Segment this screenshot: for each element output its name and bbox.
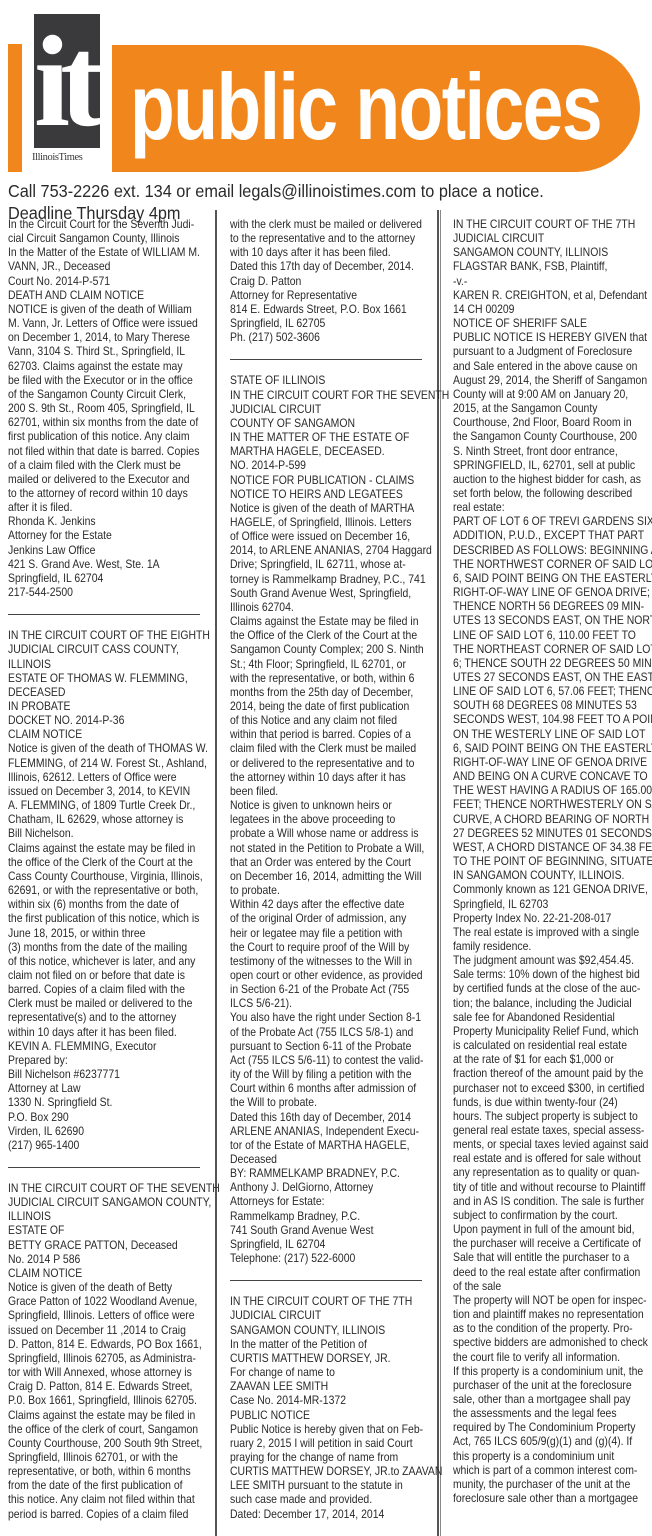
notice-line: on December 1, 2014, to Mary Therese xyxy=(8,331,184,345)
notice-line: torney is Rammelkamp Bradney, P.C., 741 xyxy=(230,573,406,587)
notice-line: ments, or special taxes levied against s… xyxy=(453,1138,629,1152)
notice-line: cial Circuit Sangamon County, Illinois xyxy=(8,232,184,246)
notice-line: Deceased xyxy=(230,1153,406,1167)
notice-line: the office of the Clerk of the Court at … xyxy=(8,856,184,870)
notice-line: In the Matter of the Estate of WILLIAM M… xyxy=(8,246,184,260)
notice-line: ZAAVAN LEE SMITH xyxy=(230,1380,406,1394)
notice-line: Act (755 ILCS 5/6-11) to contest the val… xyxy=(230,1054,406,1068)
notice-line: purchaser not to exceed $300, in certifi… xyxy=(453,1082,629,1096)
notice-line: Cass County Courthouse, Virginia, Illino… xyxy=(8,870,184,884)
notice-line: of this Notice and any claim not filed xyxy=(230,714,406,728)
notice-line: the Will to probate. xyxy=(230,1096,406,1110)
notice-line: Drive; Springfield, IL 62711, whose at- xyxy=(230,558,406,572)
notice-line: Court within 6 months after admission of xyxy=(230,1082,406,1096)
notice-line: PART OF LOT 6 OF TREVI GARDENS SIXTH xyxy=(453,515,629,529)
notice-line: JUDICIAL CIRCUIT SANGAMON COUNTY, xyxy=(8,1196,184,1210)
notice-line: Attorney for Representative xyxy=(230,289,406,303)
notice-line: Prepared by: xyxy=(8,1054,184,1068)
notice-line: P.O. Box 290 xyxy=(8,1111,184,1125)
notice-line: at the rate of $1 for each $1,000 or xyxy=(453,1053,629,1067)
notice-line: JUDICIAL CIRCUIT CASS COUNTY, xyxy=(8,643,184,657)
notice-line: within that period is barred. Copies of … xyxy=(230,728,406,742)
notice-line: THE WEST HAVING A RADIUS OF 165.00 xyxy=(453,784,629,798)
notice-line: set forth below, the following described xyxy=(453,487,629,501)
notice-line: the attorney within 10 days after it has xyxy=(230,771,406,785)
notice-line: THE NORTHEAST CORNER OF SAID LOT xyxy=(453,643,629,657)
notice-line: Notice is given to unknown heirs or xyxy=(230,799,406,813)
notice-line: St.; 4th Floor; Springfield, IL 62701, o… xyxy=(230,658,406,672)
notice-line: IN THE MATTER OF THE ESTATE OF xyxy=(230,431,406,445)
notice-line: 6, SAID POINT BEING ON THE EASTERLY xyxy=(453,742,629,756)
notice-line: period is barred. Copies of a claim file… xyxy=(8,1508,184,1522)
notice-line: tor with Will Annexed, whose attorney is xyxy=(8,1366,184,1380)
notice-line: AND BEING ON A CURVE CONCAVE TO xyxy=(453,770,629,784)
notice-line: IN THE CIRCUIT COURT FOR THE SEVENTH xyxy=(230,389,406,403)
notice-line: The judgment amount was $92,454.45. xyxy=(453,954,629,968)
notice-line: In the matter of the Petition of xyxy=(230,1338,406,1352)
notice-line: (3) months from the date of the mailing xyxy=(8,941,184,955)
notice-line: to probate. xyxy=(230,884,406,898)
notice-line: Springfield, IL 62703 xyxy=(453,898,629,912)
notice-line: IN PROBATE xyxy=(8,700,184,714)
notice-line: DEATH AND CLAIM NOTICE xyxy=(8,289,184,303)
notice-line: DESCRIBED AS FOLLOWS: BEGINNING AT xyxy=(453,544,629,558)
notice-line: Dated this 16th day of December, 2014 xyxy=(230,1111,406,1125)
notice-line: M. Vann, Jr. Letters of Office were issu… xyxy=(8,317,184,331)
notice-line: purchaser of the unit at the foreclosure xyxy=(453,1379,629,1393)
logo-name: IllinoisTimes xyxy=(32,152,82,163)
notice-line: Springfield, IL 62704 xyxy=(230,1238,406,1252)
notice-line: of a claim filed with the Clerk must be xyxy=(8,459,184,473)
page-title: public notices xyxy=(130,51,601,163)
notice-line: Springfield, Illinois. Letters of office… xyxy=(8,1309,184,1323)
notice-line: which is part of a common interest com- xyxy=(453,1464,629,1478)
notice-line: Chatham, IL 62629, whose attorney is xyxy=(8,813,184,827)
notice-separator xyxy=(8,614,200,615)
illinois-times-logo: it IllinoisTimes xyxy=(28,14,102,172)
notice-line: within 10 days after it has been filed. xyxy=(8,1026,184,1040)
notice-line: STATE OF ILLINOIS xyxy=(230,374,406,388)
notice-line: of this notice, whichever is later, and … xyxy=(8,955,184,969)
notice-line: Bill Nichelson #6237771 xyxy=(8,1068,184,1082)
accent-bar xyxy=(8,44,22,172)
notice-line: praying for the change of name from xyxy=(230,1451,406,1465)
notice-separator xyxy=(8,1167,200,1168)
notice-line: issued on December 11 ,2014 to Craig xyxy=(8,1324,184,1338)
notice-line: Vann, 3104 S. Third St., Springfield, IL xyxy=(8,345,184,359)
notice-line: THE NORTHWEST CORNER OF SAID LOT xyxy=(453,558,629,572)
notice-line: legatees in the above proceeding to xyxy=(230,813,406,827)
notice-line: real estate: xyxy=(453,501,629,515)
notice-line: Illinois, 62612. Letters of Office were xyxy=(8,771,184,785)
notice-line: tion; the balance, including the Judicia… xyxy=(453,997,629,1011)
notice-line: 2014, to ARLENE ANANIAS, 2704 Haggard xyxy=(230,544,406,558)
notice-line: mailed or delivered to the Executor and xyxy=(8,473,184,487)
notice-line: tion and plaintiff makes no representati… xyxy=(453,1308,629,1322)
notice-line: The property will NOT be open for inspec… xyxy=(453,1294,629,1308)
notice-line: ESTATE OF xyxy=(8,1224,184,1238)
notice-line: to the representative and to the attorne… xyxy=(230,232,406,246)
notice-line: ruary 2, 2015 I will petition in said Co… xyxy=(230,1437,406,1451)
notice-line: BY: RAMMELKAMP BRADNEY, P.C. xyxy=(230,1167,406,1181)
notice-line: PUBLIC NOTICE IS HEREBY GIVEN that xyxy=(453,331,629,345)
notice-line: SOUTH 68 DEGREES 08 MINUTES 53 xyxy=(453,699,629,713)
notice-line: 814 E. Edwards Street, P.O. Box 1661 xyxy=(230,303,406,317)
notice-line: CLAIM NOTICE xyxy=(8,1267,184,1281)
notice-line: Notice is given of the death of MARTHA xyxy=(230,502,406,516)
legal-notice: with the clerk must be mailed or deliver… xyxy=(230,218,426,345)
notice-line: Springfield, Illinois 62701, or with the xyxy=(8,1451,184,1465)
notice-line: BETTY GRACE PATTON, Deceased xyxy=(8,1239,184,1253)
notice-line: family residence. xyxy=(453,940,629,954)
notice-line: Dated: December 17, 2014, 2014 xyxy=(230,1508,406,1522)
notice-line: 62691, or with the representative or bot… xyxy=(8,884,184,898)
notice-line: D. Patton, 814 E. Edwards, PO Box 1661, xyxy=(8,1338,184,1352)
notice-line: Property Index No. 22-21-208-017 xyxy=(453,912,629,926)
notice-line: Sale terms: 10% down of the highest bid xyxy=(453,968,629,982)
notice-line: Sangamon County Complex; 200 S. Ninth xyxy=(230,643,406,657)
notice-line: JUDICIAL CIRCUIT xyxy=(230,1309,406,1323)
notice-line: deed to the real estate after confirmati… xyxy=(453,1266,629,1280)
notice-line: the Office of the Clerk of the Court at … xyxy=(230,629,406,643)
notice-line: Property Municipality Relief Fund, which xyxy=(453,1025,629,1039)
notice-line: RIGHT-OF-WAY LINE OF GENOA DRIVE xyxy=(453,756,629,770)
notice-line: August 29, 2014, the Sheriff of Sangamon xyxy=(453,374,629,388)
notice-line: Jenkins Law Office xyxy=(8,544,184,558)
notice-line: LINE OF SAID LOT 6, 57.06 FEET; THENCE xyxy=(453,685,629,699)
notice-line: that an Order was entered by the Court xyxy=(230,856,406,870)
notice-line: heir or legatee may file a petition with xyxy=(230,927,406,941)
notice-line: Rhonda K. Jenkins xyxy=(8,515,184,529)
title-banner: public notices xyxy=(112,45,640,172)
notice-line: ILLINOIS xyxy=(8,1210,184,1224)
notice-line: S. Ninth Street, front door entrance, xyxy=(453,445,629,459)
notice-line: as to the condition of the property. Pro… xyxy=(453,1322,629,1336)
notice-line: THENCE NORTH 56 DEGREES 09 MIN- xyxy=(453,600,629,614)
notice-line: IN THE CIRCUIT COURT OF THE SEVENTH xyxy=(8,1182,184,1196)
notice-line: 421 S. Grand Ave. West, Ste. 1A xyxy=(8,558,184,572)
notice-column-2: with the clerk must be mailed or deliver… xyxy=(230,218,426,1522)
notice-line: 14 CH 00209 xyxy=(453,303,629,317)
logo-letters: it xyxy=(34,16,100,148)
notice-line: first publication of this notice. Any cl… xyxy=(8,430,184,444)
notice-line: UTES 13 SECONDS EAST, ON THE NORTH xyxy=(453,614,629,628)
legal-notice: IN THE CIRCUIT COURT OF THE SEVENTHJUDIC… xyxy=(8,1182,204,1522)
notice-line: of the Probate Act (755 ILCS 5/8-1) and xyxy=(230,1026,406,1040)
notice-line: real estate and is offered for sale with… xyxy=(453,1152,629,1166)
notice-line: 2014, being the date of first publicatio… xyxy=(230,700,406,714)
notice-line: KEVIN A. FLEMMING, Executor xyxy=(8,1040,184,1054)
notice-line: DOCKET NO. 2014-P-36 xyxy=(8,714,184,728)
notice-line: Ph. (217) 502-3606 xyxy=(230,331,406,345)
notice-line: this property is a condominium unit xyxy=(453,1450,629,1464)
notice-line: Anthony J. DelGiorno, Attorney xyxy=(230,1181,406,1195)
notice-line: been filed. xyxy=(230,785,406,799)
notice-line: the court file to verify all information… xyxy=(453,1351,629,1365)
notice-line: Springfield, IL 62704 xyxy=(8,572,184,586)
notice-separator xyxy=(230,1280,422,1281)
notice-line: ADDITION, P.U.D., EXCEPT THAT PART xyxy=(453,529,629,543)
notice-line: MARTHA HAGELE, DECEASED. xyxy=(230,445,406,459)
notice-line: within six (6) months from the date of xyxy=(8,898,184,912)
notice-line: For change of name to xyxy=(230,1366,406,1380)
notice-line: Illinois 62704. xyxy=(230,601,406,615)
notice-line: Courthouse, 2nd Floor, Board Room in xyxy=(453,416,629,430)
notice-line: in Section 6-21 of the Probate Act (755 xyxy=(230,983,406,997)
notice-line: 62701, within six months from the date o… xyxy=(8,416,184,430)
notice-line: subject to confirmation by the court. xyxy=(453,1209,629,1223)
notice-line: SANGAMON COUNTY, ILLINOIS xyxy=(453,246,629,260)
notice-line: the purchaser will receive a Certificate… xyxy=(453,1237,629,1251)
notice-line: of the Sangamon County Circuit Clerk, xyxy=(8,388,184,402)
notice-line: ity of the Will by filing a petition wit… xyxy=(230,1068,406,1082)
notice-line: 62703. Claims against the estate may xyxy=(8,360,184,374)
notice-line: 2015, at the Sangamon County xyxy=(453,402,629,416)
masthead: it IllinoisTimes public notices xyxy=(0,0,652,180)
notice-line: PUBLIC NOTICE xyxy=(230,1409,406,1423)
notice-line: TO THE POINT OF BEGINNING, SITUATED xyxy=(453,855,629,869)
notice-line: CLAIM NOTICE xyxy=(8,728,184,742)
notice-line: FLEMMING, of 214 W. Forest St., Ashland, xyxy=(8,757,184,771)
column-divider-inner xyxy=(440,210,441,1536)
notice-line: June 18, 2015, or within three xyxy=(8,927,184,941)
notice-line: Clerk must be mailed or delivered to the xyxy=(8,997,184,1011)
notice-line: Sale that will entitle the purchaser to … xyxy=(453,1251,629,1265)
notice-line: Claims against the Estate may be filed i… xyxy=(230,615,406,629)
notice-line: testimony of the witnesses to the Will i… xyxy=(230,955,406,969)
notice-line: Claims against the estate may be filed i… xyxy=(8,1409,184,1423)
notice-line: Upon payment in full of the amount bid, xyxy=(453,1223,629,1237)
notice-line: fraction thereof of the amount paid by t… xyxy=(453,1067,629,1081)
notice-line: UTES 27 SECONDS EAST, ON THE EAST xyxy=(453,671,629,685)
notice-line: 6; THENCE SOUTH 22 DEGREES 50 MIN- xyxy=(453,657,629,671)
notice-line: after it is filed. xyxy=(8,501,184,515)
notice-line: 27 DEGREES 52 MINUTES 01 SECONDS xyxy=(453,827,629,841)
notice-line: foreclosure sale other than a mortgagee xyxy=(453,1492,629,1506)
notice-line: If this property is a condominium unit, … xyxy=(453,1365,629,1379)
legal-notice: IN THE CIRCUIT COURT OF THE 7THJUDICIAL … xyxy=(453,218,649,1506)
notice-line: County will at 9:00 AM on January 20, xyxy=(453,388,629,402)
notice-line: CURTIS MATTHEW DORSEY, JR. xyxy=(230,1352,406,1366)
notice-line: NOTICE OF SHERIFF SALE xyxy=(453,317,629,331)
notice-line: of Office were issued on December 16, xyxy=(230,530,406,544)
notice-line: Claims against the estate may be filed i… xyxy=(8,842,184,856)
notice-line: 217-544-2500 xyxy=(8,586,184,600)
notice-line: WEST, A CHORD DISTANCE OF 34.38 FEET xyxy=(453,841,629,855)
notice-line: sale, other than a mortgagee shall pay xyxy=(453,1393,629,1407)
notice-line: Notice is given of the death of Betty xyxy=(8,1281,184,1295)
notice-line: HAGELE, of Springfield, Illinois. Letter… xyxy=(230,516,406,530)
notice-line: Attorney at Law xyxy=(8,1082,184,1096)
notice-line: the office of the clerk of court, Sangam… xyxy=(8,1423,184,1437)
notice-line: DECEASED xyxy=(8,686,184,700)
notice-line: probate a Will whose name or address is xyxy=(230,827,406,841)
notice-line: 6, SAID POINT BEING ON THE EASTERLY xyxy=(453,572,629,586)
notice-line: Public Notice is hereby given that on Fe… xyxy=(230,1423,406,1437)
notice-line: -v.- xyxy=(453,275,629,289)
notice-line: CURVE, A CHORD BEARING OF NORTH xyxy=(453,813,629,827)
notice-line: CURTIS MATTHEW DORSEY, JR.to ZAAVAN xyxy=(230,1465,406,1479)
notice-line: and Sale entered in the above cause on xyxy=(453,360,629,374)
notice-line: You also have the right under Section 8-… xyxy=(230,1011,406,1025)
notice-line: JUDICIAL CIRCUIT xyxy=(230,403,406,417)
notice-line: on December 16, 2014, admitting the Will xyxy=(230,870,406,884)
notice-line: IN THE CIRCUIT COURT OF THE 7TH xyxy=(453,218,629,232)
notice-line: VANN, JR., Deceased xyxy=(8,260,184,274)
notice-line: not stated in the Petition to Probate a … xyxy=(230,842,406,856)
notice-line: months from the 25th day of December, xyxy=(230,686,406,700)
notice-line: by certified funds at the close of the a… xyxy=(453,982,629,996)
notice-line: sale fee for Abandoned Residential xyxy=(453,1011,629,1025)
notice-line: No. 2014 P 586 xyxy=(8,1253,184,1267)
notice-line: such case made and provided. xyxy=(230,1493,406,1507)
notice-line: funds, is due within twenty-four (24) xyxy=(453,1096,629,1110)
notice-line: IN SANGAMON COUNTY, ILLINOIS. xyxy=(453,869,629,883)
notice-line: Telephone: (217) 522-6000 xyxy=(230,1252,406,1266)
notice-line: A. FLEMMING, of 1809 Turtle Creek Dr., xyxy=(8,799,184,813)
notice-line: Commonly known as 121 GENOA DRIVE, xyxy=(453,883,629,897)
notice-line: of the sale xyxy=(453,1280,629,1294)
notice-line: issued on December 3, 2014, to KEVIN xyxy=(8,785,184,799)
notice-line: ARLENE ANANIAS, Independent Execu- xyxy=(230,1125,406,1139)
notice-line: P.0. Box 1661, Springfield, Illinois 627… xyxy=(8,1394,184,1408)
notice-line: the assessments and the legal fees xyxy=(453,1407,629,1421)
notice-line: pursuant to a Judgment of Foreclosure xyxy=(453,345,629,359)
notice-line: South Grand Avenue West, Springfield, xyxy=(230,587,406,601)
notice-line: open court or other evidence, as provide… xyxy=(230,969,406,983)
notice-line: with the representative, or both, within… xyxy=(230,672,406,686)
notice-line: representative(s) and to the attorney xyxy=(8,1011,184,1025)
notice-line: tor of the Estate of MARTHA HAGELE, xyxy=(230,1139,406,1153)
notice-line: munity, the purchaser of the unit at the xyxy=(453,1478,629,1492)
notice-line: ILCS 5/6-21). xyxy=(230,997,406,1011)
legal-notice: IN THE CIRCUIT COURT OF THE 7THJUDICIAL … xyxy=(230,1295,426,1522)
notice-line: Attorneys for Estate: xyxy=(230,1195,406,1209)
notice-line: the Sangamon County Courthouse, 200 xyxy=(453,430,629,444)
notice-line: not filed within that date is barred. Co… xyxy=(8,445,184,459)
notice-line: the Court to require proof of the Will b… xyxy=(230,941,406,955)
notice-line: Court No. 2014-P-571 xyxy=(8,275,184,289)
notice-line: SANGAMON COUNTY, ILLINOIS xyxy=(230,1324,406,1338)
notice-line: LINE OF SAID LOT 6, 110.00 FEET TO xyxy=(453,629,629,643)
notice-line: from the date of the first publication o… xyxy=(8,1479,184,1493)
notice-line: FEET; THENCE NORTHWESTERLY ON SAID xyxy=(453,798,629,812)
notice-line: The real estate is improved with a singl… xyxy=(453,926,629,940)
notice-line: Within 42 days after the effective date xyxy=(230,898,406,912)
notice-line: SPRINGFIELD, IL, 62701, sell at public xyxy=(453,459,629,473)
contact-line: Call 753-2226 ext. 134 or email legals@i… xyxy=(8,180,544,202)
notice-line: RIGHT-OF-WAY LINE OF GENOA DRIVE; xyxy=(453,586,629,600)
notice-line: NO. 2014-P-599 xyxy=(230,459,406,473)
notice-line: required by The Condominium Property xyxy=(453,1421,629,1435)
notice-line: this notice. Any claim not filed within … xyxy=(8,1493,184,1507)
notice-line: NOTICE TO HEIRS AND LEGATEES xyxy=(230,488,406,502)
notice-line: barred. Copies of a claim filed with the xyxy=(8,983,184,997)
notice-line: is calculated on residential real estate xyxy=(453,1039,629,1053)
notice-line: County Courthouse, 200 South 9th Street, xyxy=(8,1437,184,1451)
notice-line: hours. The subject property is subject t… xyxy=(453,1110,629,1124)
column-divider xyxy=(437,210,439,1536)
notice-line: claim not filed on or before that date i… xyxy=(8,969,184,983)
notice-line: Act, 765 ILCS 605/9(g)(1) and (g)(4). If xyxy=(453,1435,629,1449)
notice-line: Notice is given of the death of THOMAS W… xyxy=(8,742,184,756)
notice-line: Virden, IL 62690 xyxy=(8,1125,184,1139)
notice-line: COUNTY OF SANGAMON xyxy=(230,417,406,431)
notice-line: JUDICIAL CIRCUIT xyxy=(453,232,629,246)
notice-line: Rammelkamp Bradney, P.C. xyxy=(230,1210,406,1224)
legal-notice: In the Circuit Court for the Seventh Jud… xyxy=(8,218,204,600)
notice-line: ESTATE OF THOMAS W. FLEMMING, xyxy=(8,672,184,686)
legal-notice: IN THE CIRCUIT COURT OF THE EIGHTHJUDICI… xyxy=(8,629,204,1153)
notice-line: Attorney for the Estate xyxy=(8,529,184,543)
notice-line: Craig D. Patton xyxy=(230,275,406,289)
notice-line: (217) 965-1400 xyxy=(8,1139,184,1153)
notice-line: tity of title and without recourse to Pl… xyxy=(453,1181,629,1195)
notice-line: claim filed with the Clerk must be maile… xyxy=(230,742,406,756)
notice-line: auction to the highest bidder for cash, … xyxy=(453,473,629,487)
notice-line: representative, or both, within 6 months xyxy=(8,1465,184,1479)
notice-line: ON THE WESTERLY LINE OF SAID LOT xyxy=(453,728,629,742)
notice-line: In the Circuit Court for the Seventh Jud… xyxy=(8,218,184,232)
notice-line: Dated this 17th day of December, 2014. xyxy=(230,260,406,274)
notice-line: of the original Order of admission, any xyxy=(230,912,406,926)
notice-line: LEE SMITH pursuant to the statute in xyxy=(230,1479,406,1493)
notice-line: NOTICE FOR PUBLICATION - CLAIMS xyxy=(230,474,406,488)
notice-line: Grace Patton of 1022 Woodland Avenue, xyxy=(8,1295,184,1309)
notice-line: 200 S. 9th St., Room 405, Springfield, I… xyxy=(8,402,184,416)
notice-line: to the attorney of record within 10 days xyxy=(8,487,184,501)
notice-line: be filed with the Executor or in the off… xyxy=(8,374,184,388)
notice-line: Case No. 2014-MR-1372 xyxy=(230,1394,406,1408)
notice-line: and in AS IS condition. The sale is furt… xyxy=(453,1195,629,1209)
column-divider xyxy=(215,210,217,1536)
notice-line: KAREN R. CREIGHTON, et al, Defendant xyxy=(453,289,629,303)
notice-line: 1330 N. Springfield St. xyxy=(8,1096,184,1110)
notice-column-1: In the Circuit Court for the Seventh Jud… xyxy=(8,218,204,1522)
notice-line: any representation as to quality or quan… xyxy=(453,1166,629,1180)
notice-line: with the clerk must be mailed or deliver… xyxy=(230,218,406,232)
notice-line: IN THE CIRCUIT COURT OF THE 7TH xyxy=(230,1295,406,1309)
notice-line: with 10 days after it has been filed. xyxy=(230,246,406,260)
notice-column-3: IN THE CIRCUIT COURT OF THE 7THJUDICIAL … xyxy=(453,218,649,1506)
notice-line: SECONDS WEST, 104.98 FEET TO A POINT xyxy=(453,713,629,727)
notice-line: IN THE CIRCUIT COURT OF THE EIGHTH xyxy=(8,629,184,643)
legal-notice: STATE OF ILLINOISIN THE CIRCUIT COURT FO… xyxy=(230,374,426,1266)
notice-line: Bill Nichelson. xyxy=(8,827,184,841)
notice-line: Springfield, IL 62705 xyxy=(230,317,406,331)
notice-line: general real estate taxes, special asses… xyxy=(453,1124,629,1138)
notice-line: NOTICE is given of the death of William xyxy=(8,303,184,317)
notice-line: Craig D. Patton, 814 E. Edwards Street, xyxy=(8,1380,184,1394)
notice-separator xyxy=(230,359,422,360)
notice-line: ILLINOIS xyxy=(8,658,184,672)
notice-line: or delivered to the representative and t… xyxy=(230,757,406,771)
notice-line: Springfield, Illinois 62705, as Administ… xyxy=(8,1352,184,1366)
notice-line: the first publication of this notice, wh… xyxy=(8,912,184,926)
notice-line: FLAGSTAR BANK, FSB, Plaintiff, xyxy=(453,260,629,274)
notice-line: spective bidders are admonished to check xyxy=(453,1336,629,1350)
notice-line: pursuant to Section 6-11 of the Probate xyxy=(230,1040,406,1054)
notice-line: 741 South Grand Avenue West xyxy=(230,1224,406,1238)
